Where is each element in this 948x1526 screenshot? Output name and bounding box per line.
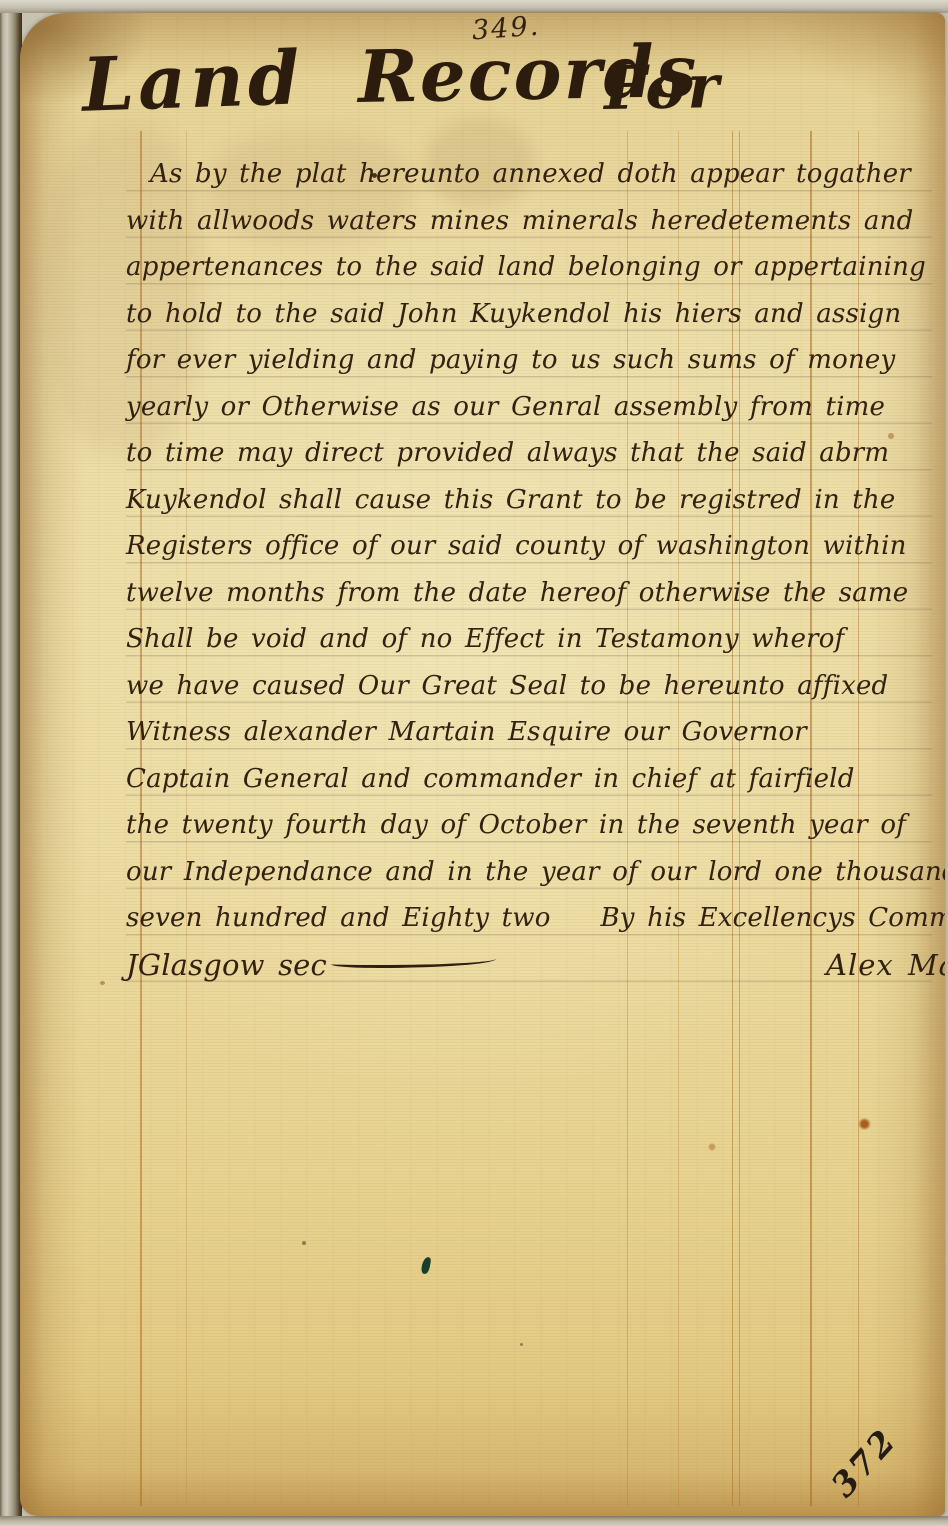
manuscript-line: appertenances to the said land belonging… [126,244,932,291]
manuscript-line: twelve months from the date hereof other… [126,570,932,617]
manuscript-line: Kuykendol shall cause this Grant to be r… [126,477,932,524]
manuscript-line: we have caused Our Great Seal to be here… [126,663,932,710]
page-top-edge [0,0,948,13]
signature-secretary: JGlasgow sec [126,942,496,989]
page-bottom-edge [0,1516,948,1526]
ink-stain [858,1118,871,1130]
manuscript-line: the twenty fourth day of October in the … [126,802,932,849]
title-word-for: For [603,52,721,124]
manuscript-page: 349. Land Records For As by the plat her… [20,13,945,1516]
manuscript-line: Shall be void and of no Effect in Testam… [126,616,932,663]
ink-stain [708,1143,716,1151]
signature-row: JGlasgow sec Alex Martain [126,942,932,989]
green-ink-blot [421,1256,432,1274]
manuscript-line: seven hundred and Eighty two By his Exce… [126,895,932,942]
ink-speck [520,1343,523,1346]
ink-speck [100,981,105,985]
corner-stamp-number: 372 [824,1421,905,1505]
title-word-land: Land [81,35,305,129]
manuscript-line: Witness alexander Martain Esquire our Go… [126,709,932,756]
manuscript-line: As by the plat hereunto annexed doth app… [126,151,932,198]
manuscript-line: to time may direct provided always that … [126,430,932,477]
book-binding-edge [0,0,22,1526]
manuscript-line: for ever yielding and paying to us such … [126,337,932,384]
manuscript-line: Registers office of our said county of w… [126,523,932,570]
manuscript-line: Captain General and commander in chief a… [126,756,932,803]
signature-flourish-line [331,955,496,968]
manuscript-line: to hold to the said John Kuykendol his h… [126,291,932,338]
signature-governor: Alex Martain [826,942,945,989]
manuscript-body: As by the plat hereunto annexed doth app… [126,151,932,988]
manuscript-line: with allwoods waters mines minerals here… [126,198,932,245]
manuscript-line: yearly or Otherwise as our Genral assemb… [126,384,932,431]
ink-speck [302,1241,306,1245]
signature-secretary-text: JGlasgow sec [126,942,327,989]
manuscript-line: our Independance and in the year of our … [126,849,932,896]
